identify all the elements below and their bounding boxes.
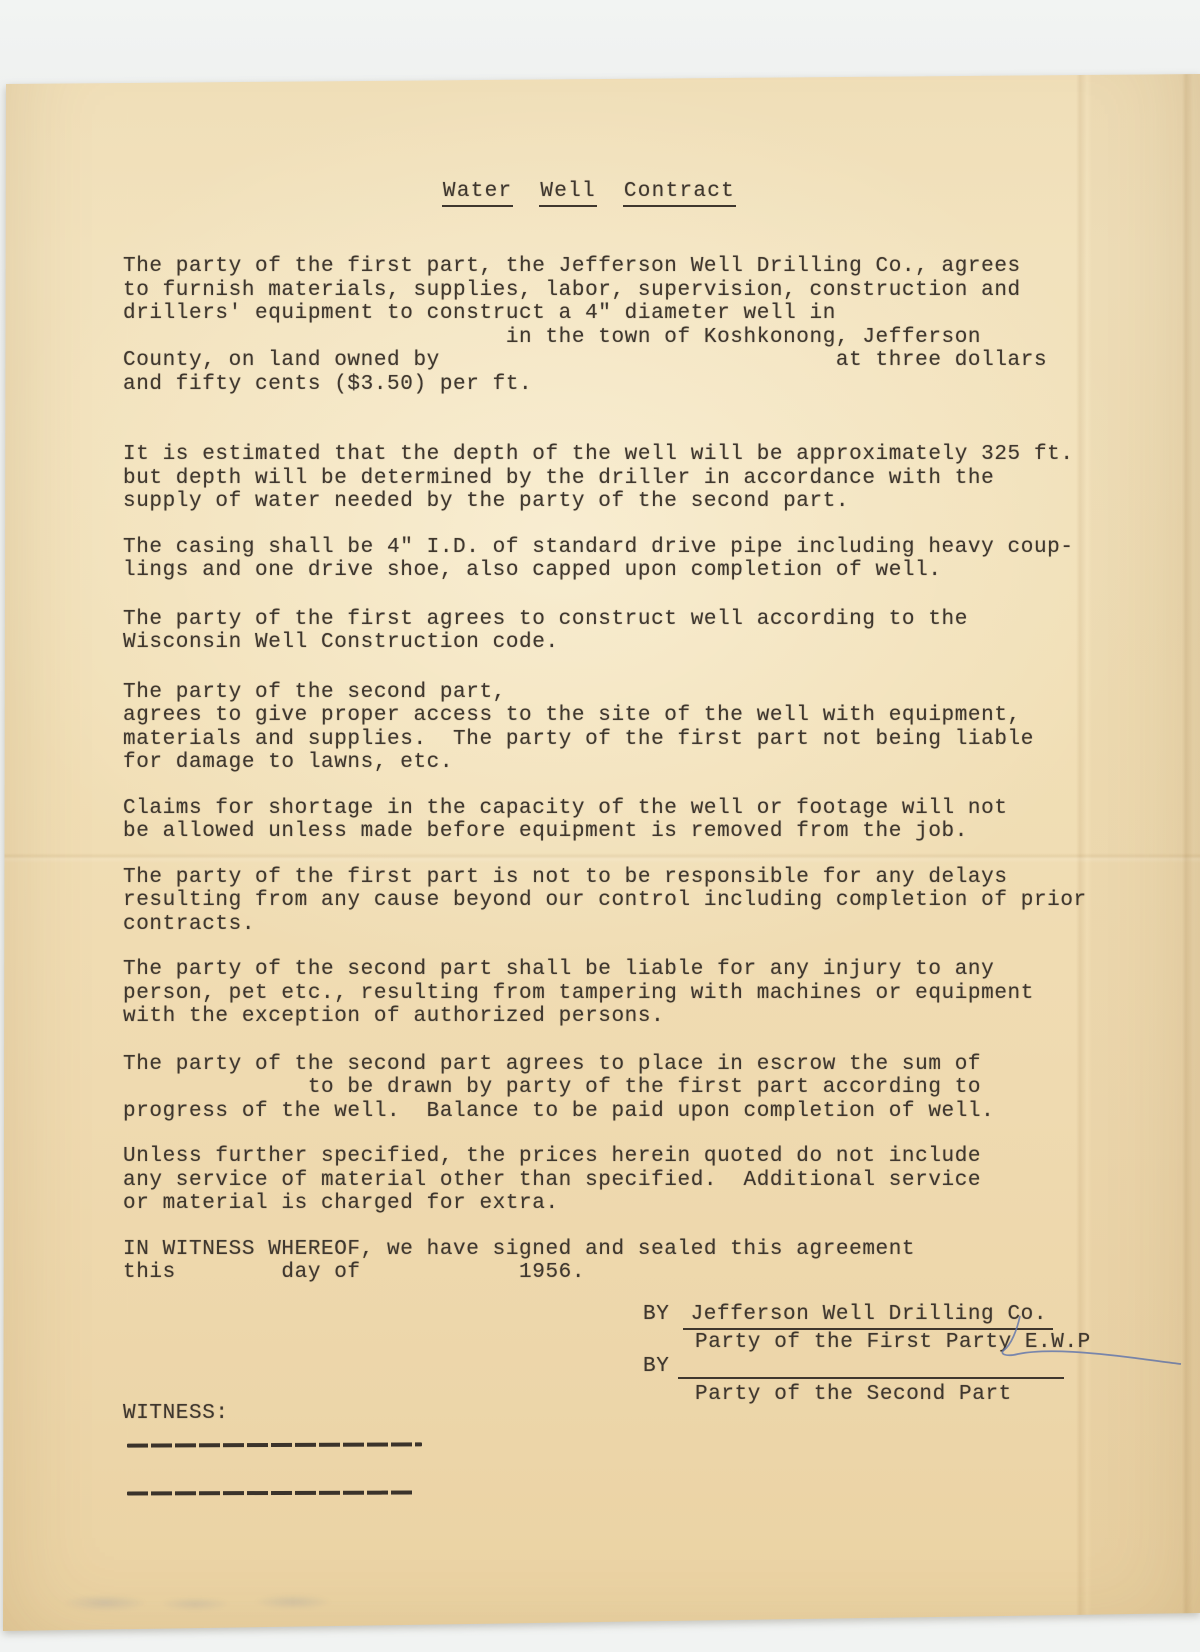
paragraph-escrow: The party of the second part agrees to p… — [123, 1053, 1133, 1124]
first-party-signature-line: BY Jefferson Well Drilling Co. — [643, 1303, 1053, 1326]
paragraph-claims: Claims for shortage in the capacity of t… — [123, 797, 1133, 844]
paragraph-liability: The party of the second part shall be li… — [123, 958, 1133, 1029]
first-party-name: Jefferson Well Drilling Co. — [683, 1303, 1053, 1330]
contract-paper: Water Well Contract The party of the fir… — [0, 0, 1200, 1652]
title-word: Water — [442, 180, 514, 207]
paragraph-casing: The casing shall be 4" I.D. of standard … — [123, 536, 1133, 583]
paragraph-depth-estimate: It is estimated that the depth of the we… — [123, 443, 1133, 514]
witness-label: WITNESS: — [123, 1402, 229, 1425]
second-party-by-label: BY — [643, 1355, 669, 1378]
ink-show-through — [45, 1586, 355, 1620]
by-label: BY — [643, 1303, 669, 1326]
paragraph-witness-clause: IN WITNESS WHEREOF, we have signed and s… — [123, 1238, 1133, 1285]
paragraph-access: The party of the second part, agrees to … — [123, 681, 1133, 775]
scan-background: Water Well Contract The party of the fir… — [0, 0, 1200, 1652]
paragraph-parties: The party of the first part, the Jeffers… — [123, 255, 1133, 396]
second-party-caption: Party of the Second Part — [695, 1383, 1012, 1406]
first-party-initials: E.W.P — [1025, 1331, 1091, 1354]
paragraph-code: The party of the first agrees to constru… — [123, 608, 1133, 655]
title-word: Contract — [623, 180, 736, 207]
title-word: Well — [539, 180, 597, 207]
second-party-signature-line — [678, 1377, 1064, 1379]
first-party-caption: Party of the First PartyE.W.P — [695, 1331, 1091, 1354]
paragraph-delays: The party of the first part is not to be… — [123, 866, 1133, 937]
witness-signature-line-1 — [127, 1442, 422, 1447]
paragraph-prices: Unless further specified, the prices her… — [123, 1145, 1133, 1216]
document-title: Water Well Contract — [0, 180, 1178, 207]
witness-signature-line-2 — [127, 1490, 415, 1495]
contract-body: The party of the first part, the Jeffers… — [123, 255, 1133, 1307]
